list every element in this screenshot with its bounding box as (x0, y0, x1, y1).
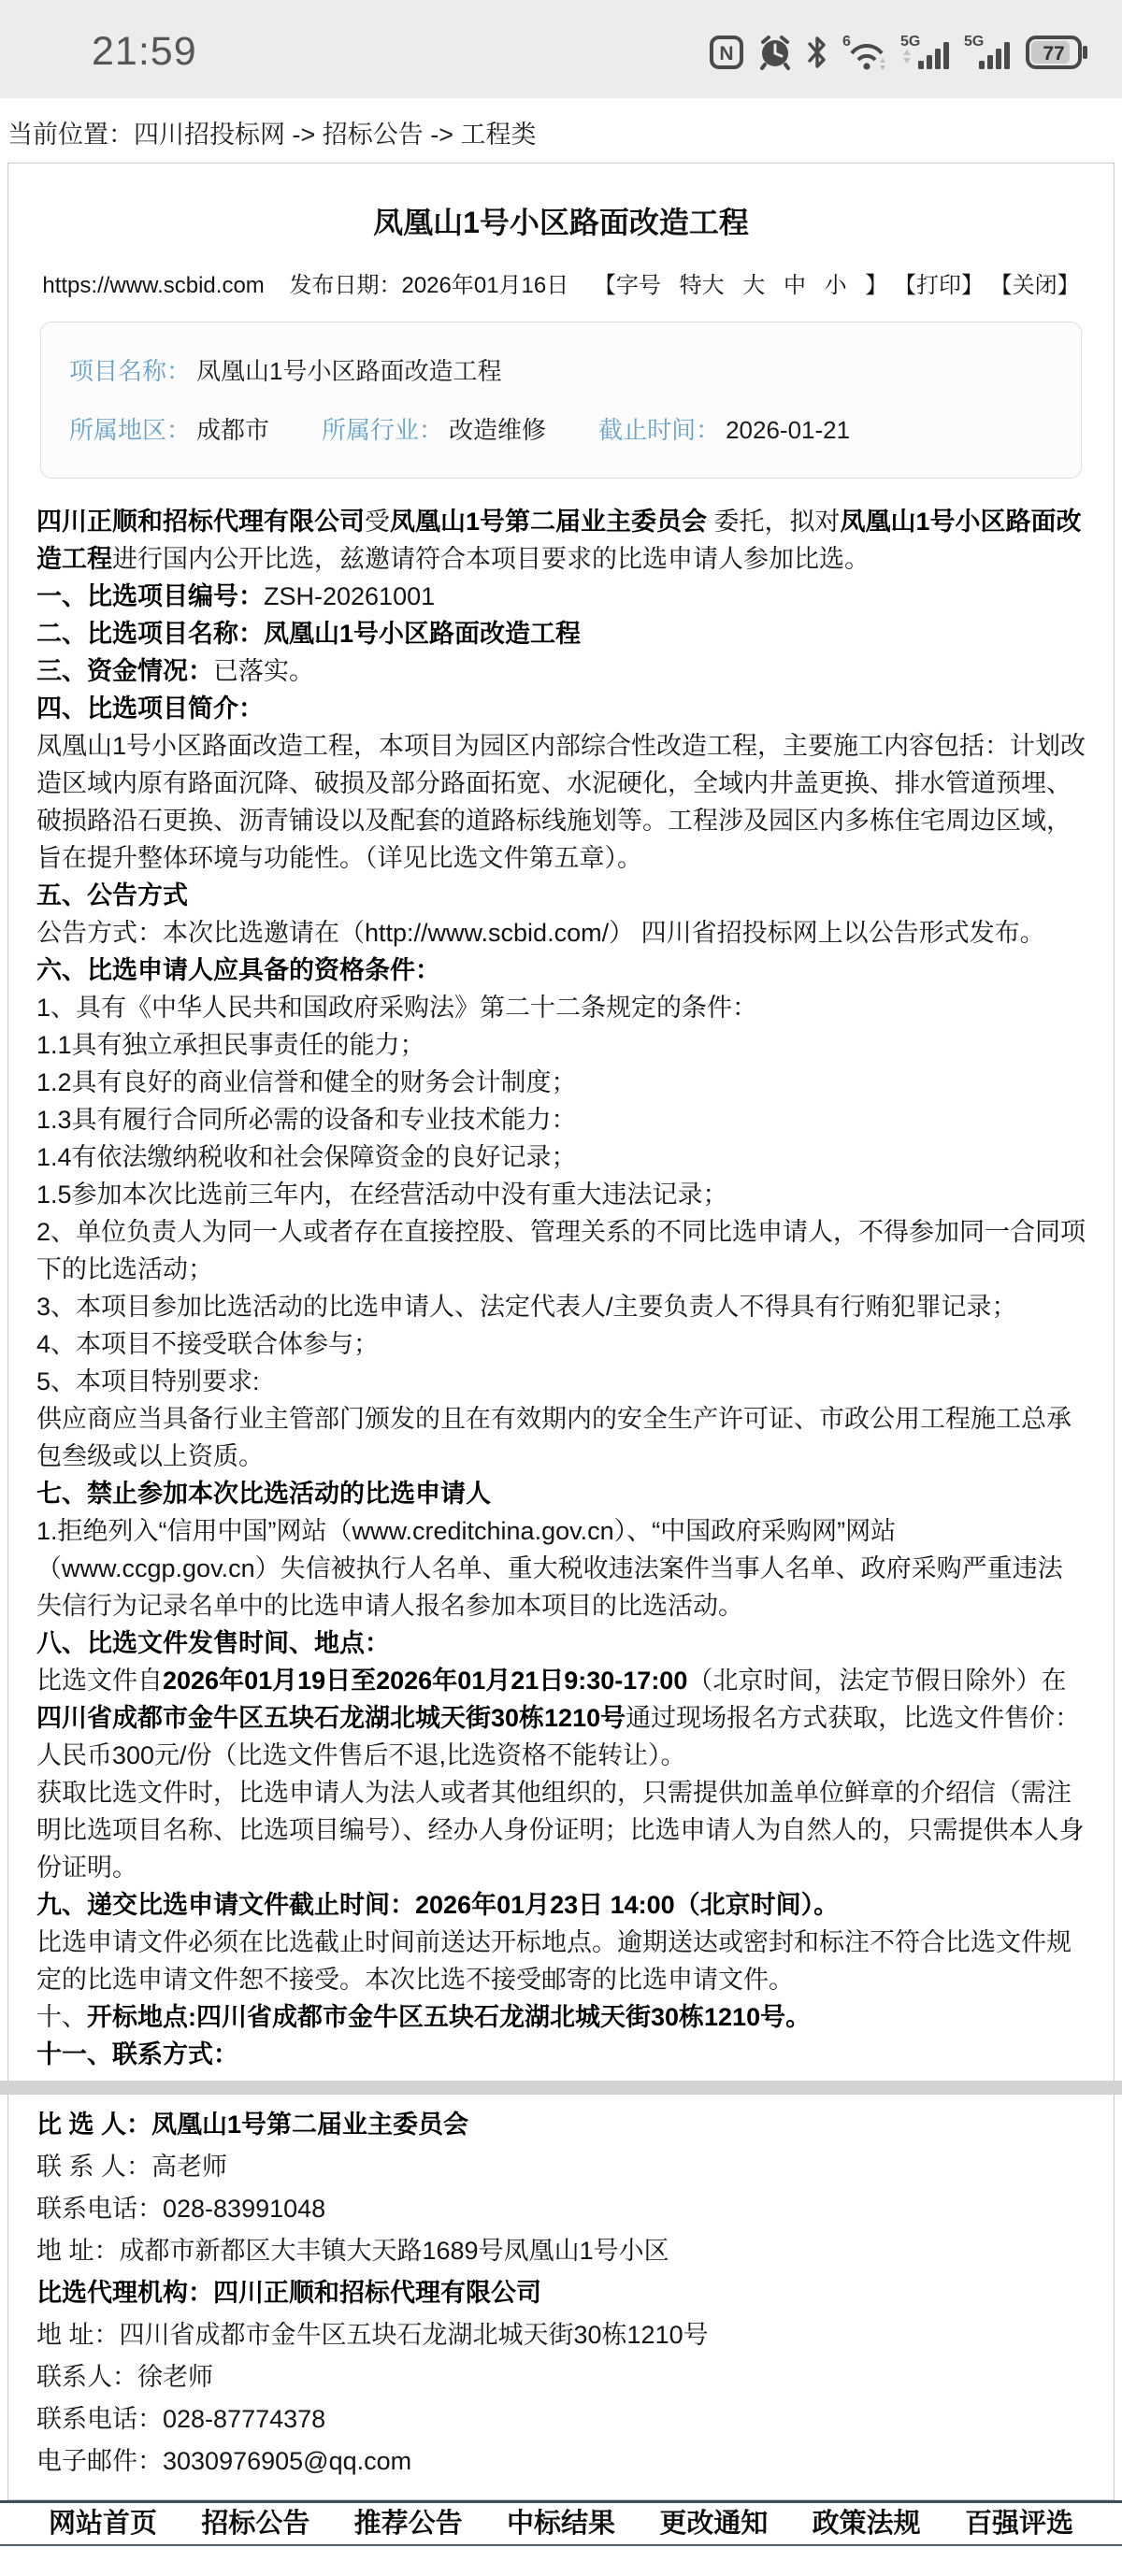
nav-item-7[interactable]: 百强评选 (965, 2501, 1073, 2547)
article-paragraph: 四川正顺和招标代理有限公司受凤凰山1号第二届业主委员会 委托，拟对凤凰山1号小区… (36, 503, 1086, 578)
article-paragraph: 二、比选项目名称：凤凰山1号小区路面改造工程 (36, 615, 1086, 652)
article-paragraph: 六、比选申请人应具备的资格条件： (36, 952, 1086, 989)
article-paragraph: 2、单位负责人为同一人或者存在直接控股、管理关系的不同比选申请人，不得参加同一合… (36, 1213, 1086, 1288)
source-url: https://www.scbid.com (42, 273, 264, 299)
sim1-5g-signal-icon: 5G (899, 33, 952, 72)
article-paragraph: 五、公告方式 (36, 877, 1086, 914)
article-paragraph: 5、本项目特别要求: (36, 1363, 1086, 1400)
region-value: 成都市 (196, 411, 269, 446)
close-button[interactable]: 【关闭】 (990, 266, 1080, 299)
article-paragraph: 公告方式：本次比选邀请在（http://www.scbid.com/） 四川省招… (36, 914, 1086, 952)
deadline-label: 截止时间： (598, 411, 720, 446)
contact-line: 地 址：四川省成都市金牛区五块石龙湖北城天街30栋1210号 (36, 2314, 1086, 2356)
nav-item-4[interactable]: 中标结果 (507, 2501, 615, 2547)
article-paragraph: 十一、联系方式： (36, 2036, 1086, 2073)
nav-item-3[interactable]: 推荐公告 (354, 2501, 463, 2547)
publish-date: 发布日期：2026年01月16日 (289, 266, 568, 299)
article-body: 四川正顺和招标代理有限公司受凤凰山1号第二届业主委员会 委托，拟对凤凰山1号小区… (36, 503, 1086, 2073)
project-name-row: 项目名称： 凤凰山1号小区路面改造工程 (69, 352, 1053, 387)
article-paragraph: 1.5参加本次比选前三年内，在经营活动中没有重大违法记录； (36, 1176, 1086, 1213)
contact-line: 地 址：成都市新都区大丰镇大天路1689号凤凰山1号小区 (36, 2230, 1086, 2272)
article-paragraph: 比选文件自2026年01月19日至2026年01月21日9:30-17:00（北… (36, 1662, 1086, 1774)
status-bar: 21:59 N 6 (0, 0, 1122, 98)
project-info-box: 项目名称： 凤凰山1号小区路面改造工程 所属地区： 成都市 所属行业： 改造维修… (40, 322, 1082, 479)
article-paragraph: 一、比选项目编号：ZSH-20261001 (36, 578, 1086, 615)
article-paragraph: 1.1具有独立承担民事责任的能力； (36, 1026, 1086, 1064)
project-name-value: 凤凰山1号小区路面改造工程 (196, 352, 501, 387)
industry-value: 改造维修 (449, 411, 546, 446)
article-paragraph: 4、本项目不接受联合体参与； (36, 1325, 1086, 1363)
contact-line: 比 选 人：凤凰山1号第二届业主委员会 (36, 2104, 1086, 2146)
contact-line: 联 系 人：高老师 (36, 2146, 1086, 2188)
article-paragraph: 1.拒绝列入“信用中国”网站（www.creditchina.gov.cn）、“… (36, 1512, 1086, 1624)
alarm-icon (756, 34, 794, 71)
project-attrs-row: 所属地区： 成都市 所属行业： 改造维修 截止时间： 2026-01-21 (69, 411, 1053, 446)
svg-text:77: 77 (1043, 43, 1064, 64)
wifi-6-icon: 6 (841, 33, 887, 72)
breadcrumb: 当前位置：四川招投标网 -> 招标公告 -> 工程类 (0, 98, 1122, 163)
print-button[interactable]: 【打印】 (894, 266, 984, 299)
contact-line: 电子邮件：3030976905@qq.com (36, 2440, 1086, 2483)
contact-line: 比选代理机构：四川正顺和招标代理有限公司 (36, 2272, 1086, 2314)
project-name-label: 项目名称： (69, 352, 191, 387)
font-size-suffix: 】 (865, 266, 887, 299)
status-icons: N 6 (709, 33, 1090, 72)
contact-line: 联系电话：028-87774378 (36, 2398, 1086, 2440)
region-label: 所属地区： (69, 411, 191, 446)
svg-text:5G: 5G (900, 34, 920, 50)
clock-text: 21:59 (92, 29, 197, 75)
article-paragraph: 1.2具有良好的商业信誉和健全的财务会计制度； (36, 1064, 1086, 1101)
font-size-small-button[interactable]: 小 (825, 266, 847, 299)
nav-item-5[interactable]: 更改通知 (659, 2501, 768, 2547)
svg-text:6: 6 (842, 34, 851, 50)
deadline-field: 截止时间： 2026-01-21 (598, 411, 850, 446)
page-title: 凤凰山1号小区路面改造工程 (36, 199, 1086, 242)
announcement-card: 凤凰山1号小区路面改造工程 https://www.scbid.com 发布日期… (7, 163, 1115, 2081)
font-size-large-button[interactable]: 大 (742, 266, 765, 299)
article-paragraph: 凤凰山1号小区路面改造工程，本项目为园区内部综合性改造工程，主要施工内容包括：计… (36, 727, 1086, 877)
article-paragraph: 十、开标地点:四川省成都市金牛区五块石龙湖北城天街30栋1210号。 (36, 1998, 1086, 2036)
article-paragraph: 获取比选文件时，比选申请人为法人或者其他组织的，只需提供加盖单位鲜章的介绍信（需… (36, 1774, 1086, 1886)
svg-text:5G: 5G (964, 34, 984, 50)
contact-block: 比 选 人：凤凰山1号第二届业主委员会联 系 人：高老师联系电话：028-839… (36, 2104, 1086, 2483)
nav-item-2[interactable]: 招标公告 (201, 2501, 309, 2547)
nav-item-6[interactable]: 政策法规 (813, 2501, 921, 2547)
article-paragraph: 九、递交比选申请文件截止时间：2026年01月23日 14:00（北京时间）。 (36, 1886, 1086, 1924)
contact-line: 联系人：徐老师 (36, 2356, 1086, 2398)
deadline-value: 2026-01-21 (726, 416, 850, 445)
footer-space (0, 2546, 1122, 2576)
bluetooth-icon (806, 34, 828, 71)
article-paragraph: 七、禁止参加本次比选活动的比选申请人 (36, 1475, 1086, 1512)
industry-label: 所属行业： (322, 411, 443, 446)
font-size-xl-button[interactable]: 特大 (680, 266, 725, 299)
contact-line: 联系电话：028-83991048 (36, 2188, 1086, 2230)
breadcrumb-text: 当前位置：四川招投标网 -> 招标公告 -> 工程类 (7, 121, 537, 149)
article-paragraph: 三、资金情况：已落实。 (36, 652, 1086, 690)
doc-meta-bar: https://www.scbid.com 发布日期：2026年01月16日 【… (36, 266, 1086, 299)
region-field: 所属地区： 成都市 (69, 411, 269, 446)
battery-icon: 77 (1025, 33, 1090, 72)
article-paragraph: 1.4有依法缴纳税收和社会保障资金的良好记录； (36, 1138, 1086, 1176)
contact-card: 比 选 人：凤凰山1号第二届业主委员会联 系 人：高老师联系电话：028-839… (7, 2095, 1115, 2500)
article-paragraph: 供应商应当具备行业主管部门颁发的且在有效期内的安全生产许可证、市政公用工程施工总… (36, 1400, 1086, 1475)
sim2-5g-signal-icon: 5G (964, 33, 1013, 72)
bottom-nav: 网站首页招标公告推荐公告中标结果更改通知政策法规百强评选 (0, 2500, 1122, 2546)
industry-field: 所属行业： 改造维修 (322, 411, 546, 446)
article-paragraph: 1.3具有履行合同所必需的设备和专业技术能力： (36, 1101, 1086, 1138)
svg-text:N: N (719, 43, 733, 64)
font-size-prefix: 【字号 (594, 266, 661, 299)
article-paragraph: 八、比选文件发售时间、地点： (36, 1624, 1086, 1662)
nfc-icon: N (709, 35, 744, 70)
article-paragraph: 3、本项目参加比选活动的比选申请人、法定代表人/主要负责人不得具有行贿犯罪记录； (36, 1288, 1086, 1325)
section-divider (0, 2081, 1122, 2095)
article-paragraph: 四、比选项目简介： (36, 690, 1086, 727)
nav-item-1[interactable]: 网站首页 (49, 2501, 157, 2547)
article-paragraph: 1、具有《中华人民共和国政府采购法》第二十二条规定的条件： (36, 989, 1086, 1026)
article-paragraph: 比选申请文件必须在比选截止时间前送达开标地点。逾期送达或密封和标注不符合比选文件… (36, 1924, 1086, 1998)
font-size-medium-button[interactable]: 中 (784, 266, 806, 299)
